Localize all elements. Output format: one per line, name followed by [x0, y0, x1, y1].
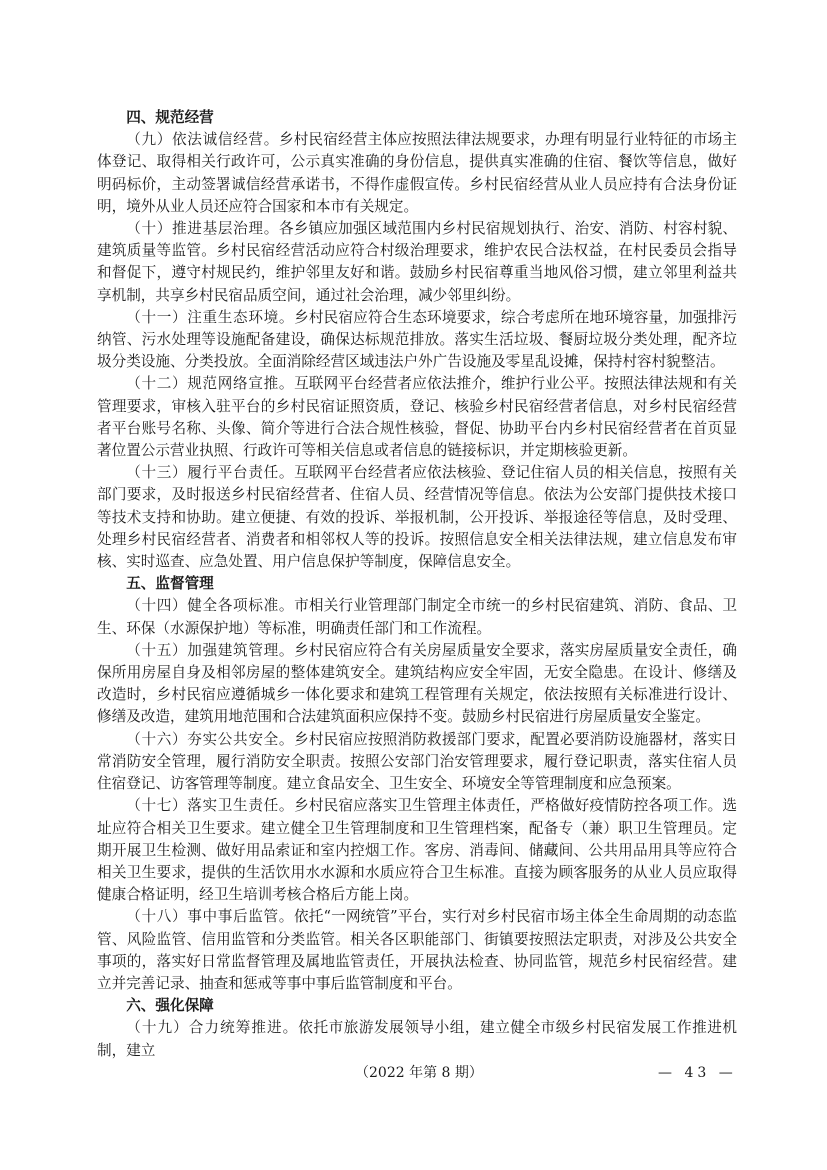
- paragraph: （九）依法诚信经营。乡村民宿经营主体应按照法律法规要求，办理有明显行业特征的市场…: [97, 129, 737, 218]
- paragraph-lead: （十九）合力统筹推进。: [126, 1019, 298, 1036]
- paragraph: （十一）注重生态环境。乡村民宿应符合生态环境要求，综合考虑所在地环境容量，加强排…: [97, 307, 737, 374]
- section-heading: 五、监督管理: [97, 573, 737, 595]
- page-number: — 43 —: [658, 1062, 737, 1084]
- page-footer: （2022 年第 8 期） — 43 —: [0, 1062, 827, 1084]
- paragraph: （十六）夯实公共安全。乡村民宿应按照消防救援部门要求，配置必要消防设施器材，落实…: [97, 729, 737, 796]
- paragraph: （十）推进基层治理。各乡镇应加强区域范围内乡村民宿规划执行、治安、消防、村容村貌…: [97, 218, 737, 307]
- paragraph: （十八）事中事后监管。依托“一网统管”平台，实行对乡村民宿市场主体全生命周期的动…: [97, 906, 737, 995]
- paragraph-lead: （十七）落实卫生责任。: [126, 797, 294, 814]
- paragraph: （十七）落实卫生责任。乡村民宿应落实卫生管理主体责任，严格做好疫情防控各项工作。…: [97, 795, 737, 906]
- paragraph-lead: （十一）注重生态环境。: [126, 309, 294, 326]
- paragraph-lead: （十）推进基层治理。: [126, 220, 279, 237]
- section-heading: 六、强化保障: [97, 995, 737, 1017]
- paragraph: （十二）规范网络宣推。互联网平台经营者应依法推介，维护行业公平。按照法律法规和有…: [97, 373, 737, 462]
- paragraph: （十四）健全各项标准。市相关行业管理部门制定全市统一的乡村民宿建筑、消防、食品、…: [97, 595, 737, 639]
- paragraph-lead: （十六）夯实公共安全。: [126, 731, 294, 748]
- section-heading: 四、规范经营: [97, 107, 737, 129]
- paragraph-lead: （十三）履行平台责任。: [126, 464, 294, 481]
- paragraph-lead: （九）依法诚信经营。: [126, 131, 279, 148]
- page-body: 四、规范经营 （九）依法诚信经营。乡村民宿经营主体应按照法律法规要求，办理有明显…: [97, 107, 737, 1062]
- issue-label: （2022 年第 8 期）: [355, 1062, 483, 1084]
- paragraph: （十九）合力统筹推进。依托市旅游发展领导小组，建立健全市级乡村民宿发展工作推进机…: [97, 1017, 737, 1061]
- paragraph: （十五）加强建筑管理。乡村民宿应符合有关房屋质量安全要求，落实房屋质量安全责任，…: [97, 640, 737, 729]
- paragraph-lead: （十四）健全各项标准。: [126, 597, 294, 614]
- paragraph-lead: （十八）事中事后监管。: [126, 908, 294, 925]
- paragraph: （十三）履行平台责任。互联网平台经营者应依法核验、登记住宿人员的相关信息，按照有…: [97, 462, 737, 573]
- paragraph-lead: （十五）加强建筑管理。: [126, 642, 294, 659]
- paragraph-lead: （十二）规范网络宣推。: [126, 375, 294, 392]
